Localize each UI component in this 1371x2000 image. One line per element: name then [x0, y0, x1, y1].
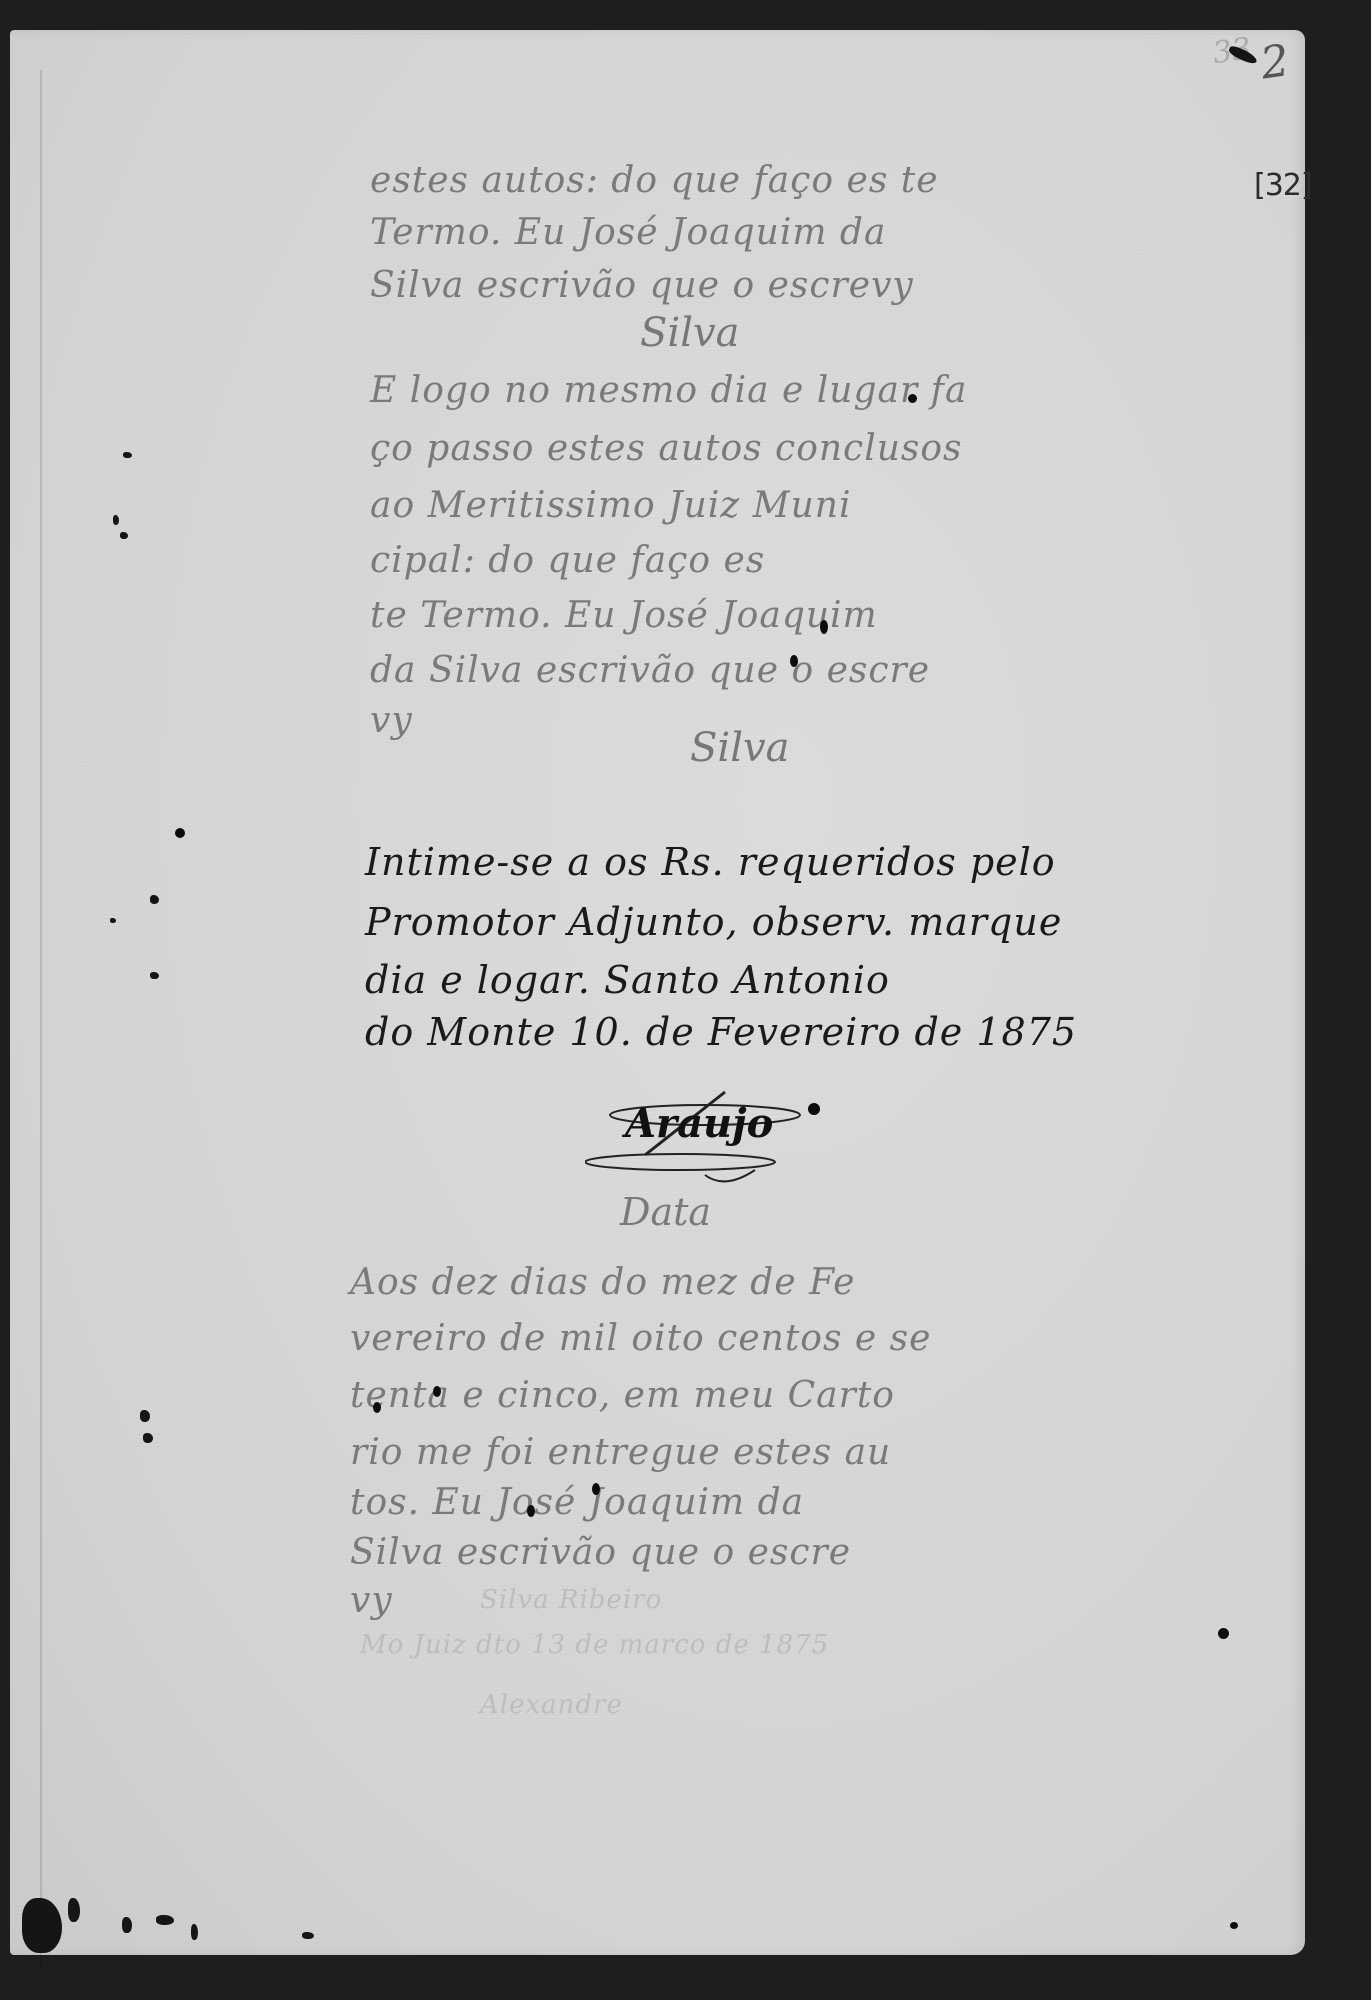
edge-damage [156, 1915, 174, 1925]
text-line: da Silva escrivão que o escre [370, 650, 930, 691]
text-line: ao Meritissimo Juiz Muni [370, 485, 851, 526]
signature-name: Araujo [625, 1100, 773, 1147]
section-heading-data: Data [620, 1190, 711, 1234]
worm-hole [123, 452, 132, 458]
ink-spot [433, 1386, 441, 1397]
text-line: Silva escrivão que o escrevy [370, 265, 914, 306]
rubric-mark: Silva [640, 310, 739, 356]
rubric-mark: Silva [690, 725, 789, 771]
ink-spot [790, 655, 798, 667]
bleed-through-text: Mo Juiz dto 13 de marco de 1875 [360, 1630, 829, 1660]
worm-hole [120, 532, 128, 539]
folio-number-pencil: 33 2 [1212, 35, 1293, 96]
worm-hole [140, 1410, 150, 1422]
edge-damage [68, 1898, 80, 1922]
text-line: vereiro de mil oito centos e se [350, 1318, 931, 1359]
text-line: te Termo. Eu José Joaquim [370, 595, 878, 636]
ink-spot [1218, 1628, 1229, 1639]
text-line: estes autos: do que faço es te [370, 160, 939, 201]
text-line: vy [370, 700, 413, 741]
text-line: vy [350, 1580, 393, 1621]
judge-signature: Araujo [585, 1080, 815, 1190]
ink-spot [592, 1483, 600, 1495]
text-line: tenta e cinco, em meu Carto [350, 1375, 895, 1416]
ink-spot [373, 1402, 381, 1413]
ink-spot [150, 895, 159, 904]
edge-damage [191, 1924, 198, 1940]
edge-damage [122, 1917, 132, 1933]
page-fold-line [40, 70, 42, 1970]
ink-spot [1230, 1922, 1238, 1929]
ink-spot [908, 394, 917, 403]
text-line: cipal: do que faço es [370, 540, 765, 581]
text-line: rio me foi entregue estes au [350, 1432, 891, 1473]
worm-hole [113, 515, 119, 525]
text-line: Silva escrivão que o escre [350, 1532, 851, 1573]
edge-damage [302, 1932, 314, 1939]
bleed-through-text: Silva Ribeiro [480, 1585, 662, 1615]
text-line: dia e logar. Santo Antonio [365, 958, 890, 1002]
ink-spot [527, 1505, 535, 1517]
text-line: ço passo estes autos conclusos [370, 428, 963, 469]
text-line: do Monte 10. de Fevereiro de 1875 [365, 1010, 1077, 1054]
ink-spot [820, 620, 828, 634]
text-line: Promotor Adjunto, observ. marque [365, 900, 1062, 944]
text-line: Aos dez dias do mez de Fe [350, 1262, 855, 1303]
ink-spot [175, 828, 185, 838]
bleed-through-text: Alexandre [480, 1690, 623, 1720]
text-line: E logo no mesmo dia e lugar fa [370, 370, 967, 411]
archive-folio-number: [32] [1254, 168, 1312, 203]
worm-hole [110, 918, 116, 923]
worm-hole [150, 972, 159, 979]
ink-spot [808, 1103, 820, 1115]
text-line: tos. Eu José Joaquim da [350, 1482, 804, 1523]
text-line: Termo. Eu José Joaquim da [370, 212, 886, 253]
worm-hole [143, 1433, 153, 1443]
text-line: Intime-se a os Rs. requeridos pelo [365, 840, 1056, 884]
